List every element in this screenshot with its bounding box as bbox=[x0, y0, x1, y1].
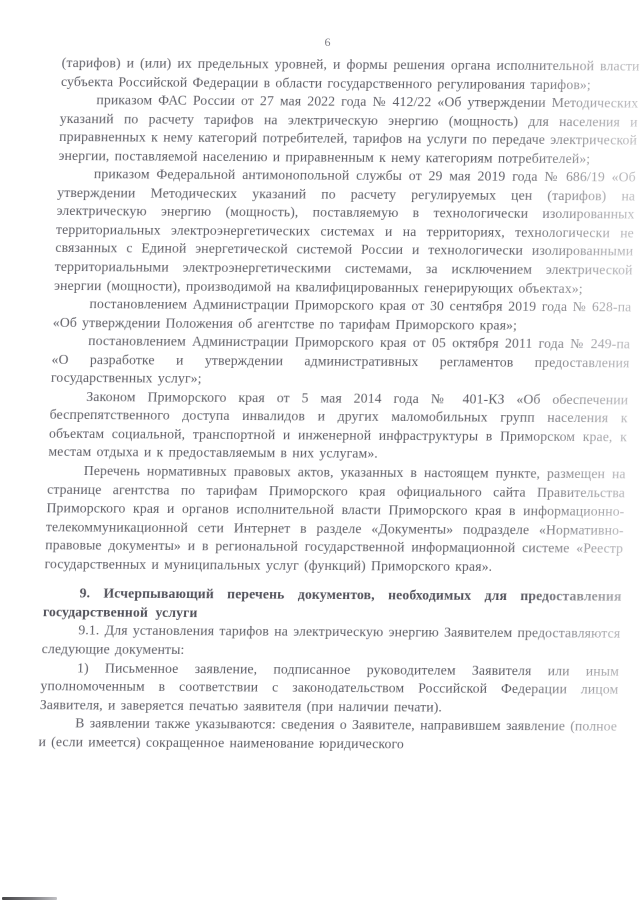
scanned-document-page: 6 (тарифов) и (или) их предельных уровне… bbox=[0, 0, 640, 906]
paragraph: приказом ФАС России от 27 мая 2022 года … bbox=[58, 91, 638, 169]
paragraph: Перечень нормативных правовых актов, ука… bbox=[44, 462, 626, 577]
paragraph: В заявлении также указываются: сведения … bbox=[38, 714, 617, 755]
page-number: 6 bbox=[0, 35, 640, 50]
paragraph: 1) Письменное заявление, подписанное рук… bbox=[40, 658, 620, 717]
paragraph: постановлением Администрации Приморского… bbox=[51, 332, 631, 391]
paragraph: постановлением Администрации Приморского… bbox=[53, 295, 632, 336]
paragraph: 9.1. Для установления тарифов на электри… bbox=[41, 621, 620, 662]
paragraph: (тарифов) и (или) их предельных уровней,… bbox=[61, 54, 640, 95]
paragraph: приказом Федеральной антимонопольной слу… bbox=[54, 165, 636, 298]
document-text-block: (тарифов) и (или) их предельных уровней,… bbox=[38, 54, 640, 755]
paragraph: Законом Приморского края от 5 мая 2014 г… bbox=[48, 388, 628, 466]
section-heading: 9. Исчерпывающий перечень документов, не… bbox=[43, 584, 622, 625]
scan-artifact-mark bbox=[2, 897, 57, 900]
